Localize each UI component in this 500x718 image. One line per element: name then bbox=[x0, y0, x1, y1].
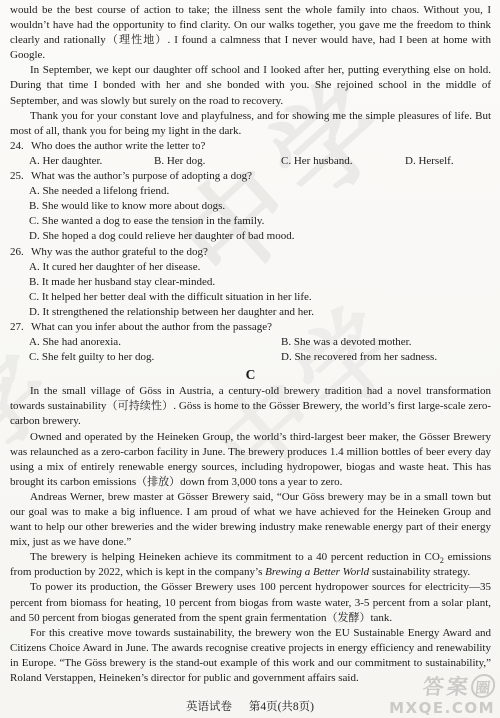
answer-site-logo-chinese: 答案圈 bbox=[388, 674, 497, 700]
option-d: D. It strengthened the relationship betw… bbox=[29, 305, 491, 320]
option-c: C. Her husband. bbox=[281, 154, 405, 169]
question-line: 24.Who does the author write the letter … bbox=[10, 139, 491, 154]
question-number: 27. bbox=[10, 320, 31, 335]
logo-char-1: 答 bbox=[422, 675, 449, 699]
option-a: A. She had anorexia. bbox=[29, 335, 281, 350]
question-number: 26. bbox=[10, 245, 31, 260]
option-b: B. She was a devoted mother. bbox=[281, 335, 491, 350]
text-segment: would be the best course of action to ta… bbox=[10, 4, 491, 61]
option-a: A. She needed a lifelong friend. bbox=[29, 184, 491, 199]
text-segment: Brewing a Better World bbox=[265, 566, 369, 578]
question-line: 27.What can you infer about the author f… bbox=[10, 320, 491, 335]
question-25: 25.What was the author’s purpose of adop… bbox=[10, 169, 491, 244]
text-segment: In September, we kept our daughter off s… bbox=[10, 64, 491, 106]
option-a: A. It cured her daughter of her disease. bbox=[29, 260, 491, 275]
option-c: C. She felt guilty to her dog. bbox=[29, 350, 281, 365]
question-line: 25.What was the author’s purpose of adop… bbox=[10, 169, 491, 184]
options-stack: A. It cured her daughter of her disease.… bbox=[10, 260, 491, 320]
options-stack: A. She needed a lifelong friend.B. She w… bbox=[10, 184, 491, 244]
option-c: C. She wanted a dog to ease the tension … bbox=[29, 214, 491, 229]
text-segment: To power its production, the Gösser Brew… bbox=[10, 581, 491, 623]
questions-24-27: 24.Who does the author write the letter … bbox=[10, 139, 491, 365]
logo-char-2: 案 bbox=[446, 675, 473, 699]
passage-paragraph: To power its production, the Gösser Brew… bbox=[10, 580, 491, 625]
text-segment: Thank you for your constant love and pla… bbox=[10, 110, 491, 137]
option-c: C. It helped her better deal with the di… bbox=[29, 290, 491, 305]
question-text: Why was the author grateful to the dog? bbox=[31, 245, 491, 260]
section-c-heading: C bbox=[10, 366, 491, 383]
text-segment: Owned and operated by the Heineken Group… bbox=[10, 431, 491, 488]
footer-page-number: 第4页(共8页) bbox=[249, 701, 314, 713]
passage-paragraph: In the small village of Göss in Austria,… bbox=[10, 384, 491, 429]
passage-c-text: In the small village of Göss in Austria,… bbox=[10, 384, 491, 686]
passage-b-text: would be the best course of action to ta… bbox=[10, 3, 491, 139]
answer-site-watermark: 答案圈 MXQE.COM bbox=[389, 674, 495, 717]
text-segment: In the small village of Göss in Austria,… bbox=[10, 385, 491, 427]
answer-site-domain: MXQE.COM bbox=[389, 700, 495, 717]
option-d: D. She hoped a dog could relieve her dau… bbox=[29, 229, 491, 244]
option-b: B. It made her husband stay clear-minded… bbox=[29, 275, 491, 290]
options-row: A. She had anorexia.B. She was a devoted… bbox=[10, 335, 491, 350]
text-segment: The brewery is helping Heineken achieve … bbox=[30, 551, 440, 563]
logo-char-3-circled: 圈 bbox=[470, 674, 497, 698]
option-d: D. Herself. bbox=[405, 154, 491, 169]
passage-paragraph: The brewery is helping Heineken achieve … bbox=[10, 550, 491, 580]
question-text: Who does the author write the letter to? bbox=[31, 139, 491, 154]
question-line: 26.Why was the author grateful to the do… bbox=[10, 245, 491, 260]
page-content: would be the best course of action to ta… bbox=[10, 3, 491, 686]
question-text: What can you infer about the author from… bbox=[31, 320, 491, 335]
question-number: 25. bbox=[10, 169, 31, 184]
passage-paragraph: Thank you for your constant love and pla… bbox=[10, 109, 491, 139]
text-segment: Andreas Werner, brew master at Gösser Br… bbox=[10, 491, 491, 548]
question-24: 24.Who does the author write the letter … bbox=[10, 139, 491, 169]
question-26: 26.Why was the author grateful to the do… bbox=[10, 245, 491, 320]
option-b: B. She would like to know more about dog… bbox=[29, 199, 491, 214]
passage-paragraph: In September, we kept our daughter off s… bbox=[10, 63, 491, 108]
option-b: B. Her dog. bbox=[154, 154, 281, 169]
question-number: 24. bbox=[10, 139, 31, 154]
option-d: D. She recovered from her sadness. bbox=[281, 350, 491, 365]
passage-paragraph: would be the best course of action to ta… bbox=[10, 3, 491, 63]
exam-page-scan: 中学 中学 学 would be the best course of acti… bbox=[0, 0, 500, 718]
question-27: 27.What can you infer about the author f… bbox=[10, 320, 491, 365]
passage-paragraph: Owned and operated by the Heineken Group… bbox=[10, 430, 491, 490]
footer-paper-title: 英语试卷 bbox=[186, 701, 232, 713]
passage-paragraph: Andreas Werner, brew master at Gösser Br… bbox=[10, 490, 491, 550]
options-row: A. Her daughter.B. Her dog.C. Her husban… bbox=[10, 154, 491, 169]
question-text: What was the author’s purpose of adoptin… bbox=[31, 169, 491, 184]
option-a: A. Her daughter. bbox=[29, 154, 154, 169]
options-row: C. She felt guilty to her dog.D. She rec… bbox=[10, 350, 491, 365]
text-segment: sustainability strategy. bbox=[369, 566, 470, 578]
